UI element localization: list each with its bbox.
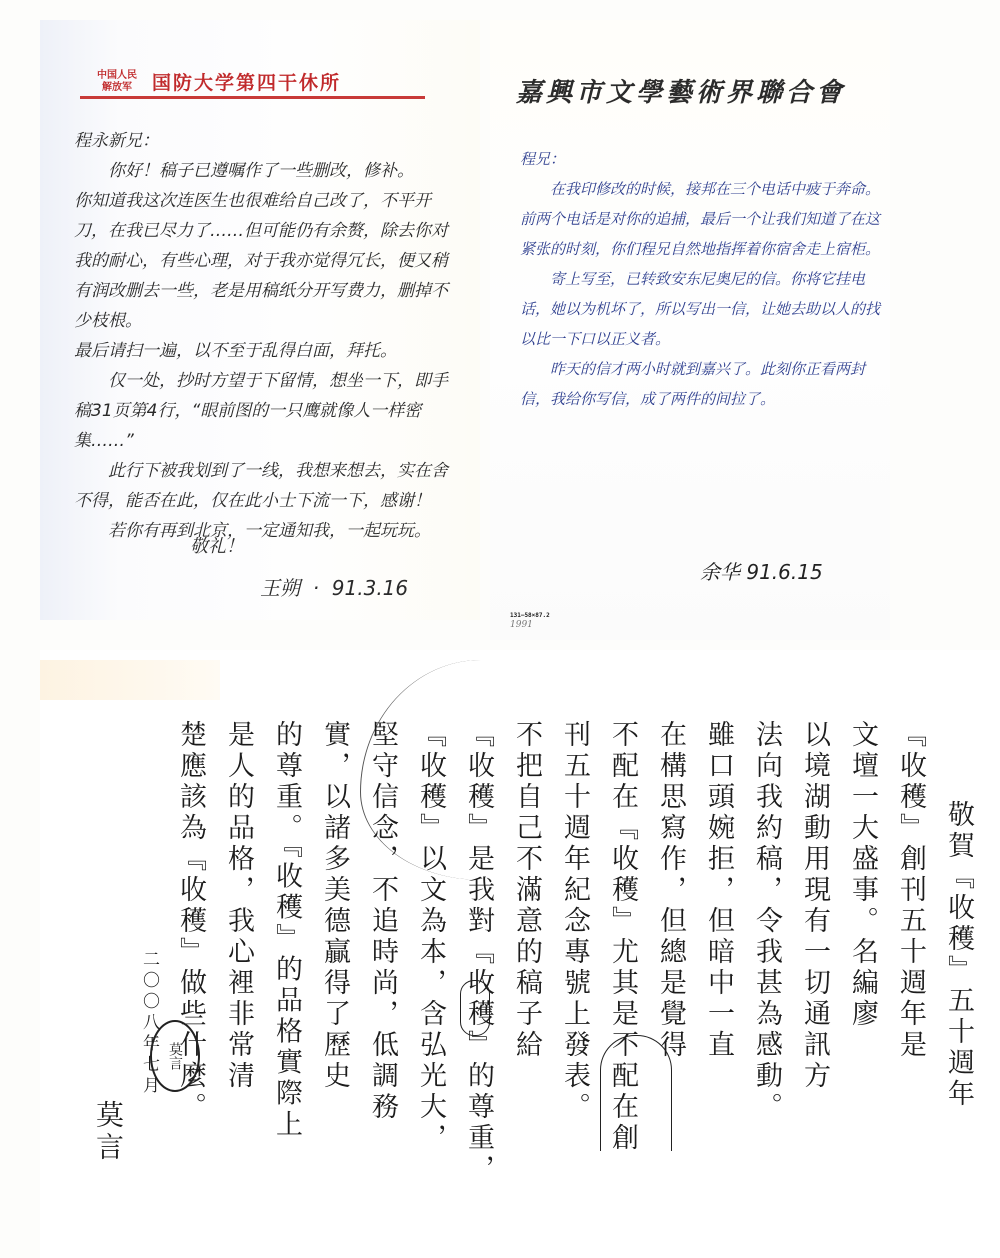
closing: 敬礼！ <box>190 532 244 558</box>
signature-block-right: 余华 91.6.15 <box>700 556 823 585</box>
manuscript-author: 莫言 <box>86 720 130 1240</box>
column: 刊五十週年紀念專號上發表。 <box>552 720 596 1240</box>
paragraph: 在我印修改的时候，接邦在三个电话中疲于奔命。前两个电话是对你的追捕，最后一个让我… <box>520 174 880 264</box>
salutation: 程永新兄： <box>74 126 454 156</box>
column: 的尊重。『收穫』的品格實際上 <box>264 720 308 1240</box>
letter-wang-shuo: 中国人民 解放军 国防大学第四干休所 程永新兄： 你好！稿子已遵嘱作了一些删改，… <box>40 20 480 620</box>
paragraph: 你好！稿子已遵嘱作了一些删改，修补。 <box>74 156 454 186</box>
date: 91.6.15 <box>746 560 822 584</box>
form-code: 131—58×87.2 <box>510 612 550 619</box>
column: 在構思寫作，但總是覺得 <box>648 720 692 1240</box>
paper-edge <box>40 660 220 700</box>
column: 『收穫』以文為本，含弘光大， <box>408 720 452 1240</box>
letter-yu-hua: 嘉興市文學藝術界聯合會 程兄： 在我印修改的时候，接邦在三个电话中疲于奔命。前两… <box>490 20 890 640</box>
paragraph: 仅一处，抄时方望于下留情，想坐一下，即手稿31页第4行，“眼前图的一只鹰就像人一… <box>74 366 454 456</box>
manuscript-date: 二〇〇八年七月 <box>134 720 164 1240</box>
column: 文壇一大盛事。名編廖 <box>840 720 884 1240</box>
manuscript-mo-yan: 敬賀『收穫』五十週年 『收穫』創刊五十週年是 文壇一大盛事。名編廖 以境湖動用現… <box>40 650 1000 1258</box>
date: 91.3.16 <box>332 576 408 600</box>
letterhead-title-right: 嘉興市文學藝術界聯合會 <box>516 72 846 109</box>
column: 雖口頭婉拒，但暗中一直 <box>696 720 740 1240</box>
paragraph: 若你有再到北京，一定通知我，一起玩玩。 <box>74 516 454 546</box>
letterhead-left: 中国人民 解放军 国防大学第四干休所 <box>88 68 341 95</box>
signature: 余华 <box>700 560 740 584</box>
form-year: 1991 <box>510 620 533 630</box>
letterhead-small-line-1: 中国人民 <box>88 70 146 82</box>
signature: 王朔 <box>260 576 300 600</box>
letterhead-org-small: 中国人民 解放军 <box>88 70 146 94</box>
column: 實，以諸多美德贏得了歷史 <box>312 720 356 1240</box>
paragraph: 昨天的信才两小时就到嘉兴了。此刻你正看两封信，我给你写信，成了两件的间拉了。 <box>520 354 880 414</box>
paragraph: 最后请扫一遍，以不至于乱得白面，拜托。 <box>74 336 454 366</box>
letterhead-title-left: 国防大学第四干休所 <box>152 68 341 95</box>
seal-text: 莫言 <box>165 1042 185 1070</box>
column-title: 敬賀『收穫』五十週年 <box>936 720 980 1240</box>
vertical-text-columns: 敬賀『收穫』五十週年 『收穫』創刊五十週年是 文壇一大盛事。名編廖 以境湖動用現… <box>86 720 980 1240</box>
seal-stamp-icon: 莫言 <box>150 1020 200 1092</box>
paragraph: 寄上写至，已转致安东尼奥尼的信。你将它挂电话，她以为机坏了，所以写出一信，让她去… <box>520 264 880 354</box>
letterhead-rule <box>80 96 425 99</box>
column: 『收穫』是我對『收穫』的尊重， <box>456 720 500 1240</box>
paragraph: 你知道我这次连医生也很难给自己改了，不平开刀，在我已尽力了……但可能仍有余赘，除… <box>74 186 454 336</box>
column: 以境湖動用現有一切通訊方 <box>792 720 836 1240</box>
salutation: 程兄： <box>520 144 880 174</box>
signature-block-left: 王朔 · 91.3.16 <box>260 572 408 601</box>
letterhead-small-line-2: 解放军 <box>88 82 146 94</box>
column: 『收穫』創刊五十週年是 <box>888 720 932 1240</box>
paragraph: 此行下被我划到了一线，我想来想去，实在舍不得，能否在此，仅在此小士下流一下，感谢… <box>74 456 454 516</box>
column: 堅守信念，不追時尚，低調務 <box>360 720 404 1240</box>
column: 楚應該為『收穫』做些什麼。 <box>168 720 212 1240</box>
column: 不配在『收穫』尤其是不配在創 <box>600 720 644 1240</box>
letter-body-right: 程兄： 在我印修改的时候，接邦在三个电话中疲于奔命。前两个电话是对你的追捕，最后… <box>520 144 880 414</box>
column: 不把自己不滿意的稿子給 <box>504 720 548 1240</box>
letter-body-left: 程永新兄： 你好！稿子已遵嘱作了一些删改，修补。 你知道我这次连医生也很难给自己… <box>74 126 454 546</box>
column: 法向我約稿，令我甚為感動。 <box>744 720 788 1240</box>
column: 是人的品格，我心裡非常清 <box>216 720 260 1240</box>
